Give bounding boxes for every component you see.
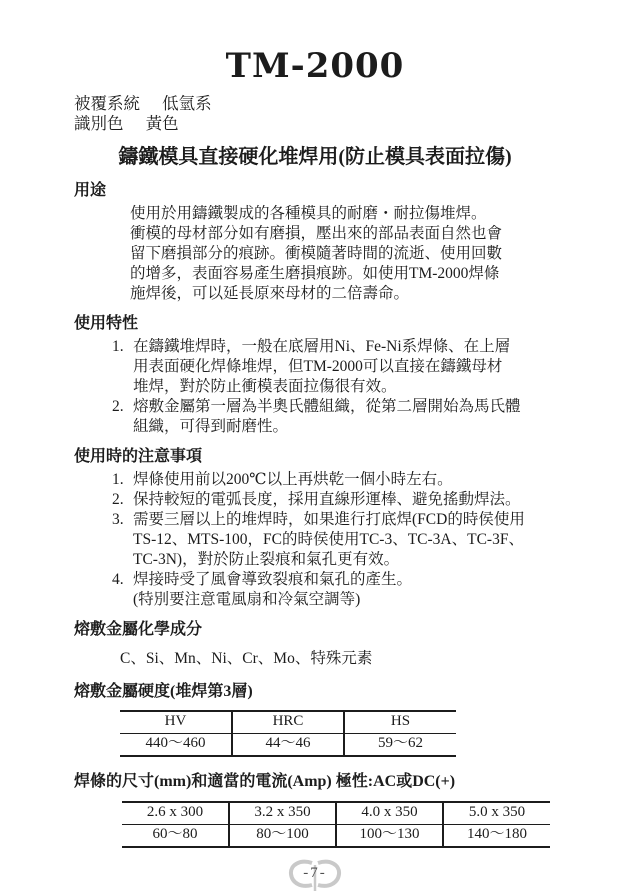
section-hardness-title: 熔敷金屬硬度(堆焊第3層) [74,682,630,702]
item-line: TC-3N)，對於防止裂痕和氣孔更有效。 [133,550,525,570]
section-composition-title: 熔敷金屬化學成分 [74,620,630,640]
item-line: TS-12、MTS-100，FC的時侯使用TC-3、TC-3A、TC-3F、 [133,530,525,550]
hardness-value-hrc: 44～46 [232,734,344,757]
item-line: 用表面硬化焊條堆焊，但TM-2000可以直接在鑄鐵母材 [133,357,510,377]
item-number: 3. [112,510,133,570]
page-number: -7- [303,865,327,882]
hardness-value-hs: 59～62 [344,734,456,757]
item-number: 1. [112,470,133,490]
usage-line: 留下磨損部分的痕跡。衝模隨著時間的流逝、使用回數 [130,244,630,264]
document-page: TM-2000 被覆系統 低氫系 識別色 黃色 鑄鐵模具直接硬化堆焊用(防止模具… [0,0,630,891]
item-lines: 熔敷金屬第一層為半奧氏體組織，從第二層開始為馬氏體 組織，可得到耐磨性。 [133,397,521,437]
section-notes-title: 使用時的注意事項 [74,447,630,467]
usage-line: 的增多，表面容易產生磨損痕跡。如使用TM-2000焊條 [130,264,630,284]
item-line: 焊接時受了風會導致裂痕和氣孔的產生。 [133,570,412,590]
electrode-table: 2.6 x 300 3.2 x 350 4.0 x 350 5.0 x 350 … [122,801,550,848]
electrode-current: 100～130 [336,825,443,848]
item-number: 2. [112,397,133,437]
usage-line: 使用於用鑄鐵製成的各種模具的耐磨・耐拉傷堆焊。 [130,204,630,224]
item-line: 需要三層以上的堆焊時，如果進行打底焊(FCD的時侯使用 [133,510,525,530]
electrode-size: 4.0 x 350 [336,802,443,825]
note-item: 1. 焊條使用前以200℃以上再烘乾一個小時左右。 [112,470,630,490]
electrode-size: 2.6 x 300 [122,802,229,825]
item-line: 組織，可得到耐磨性。 [133,417,521,437]
item-line: (特別要注意電風扇和冷氣空調等) [133,590,412,610]
item-lines: 焊接時受了風會導致裂痕和氣孔的產生。 (特別要注意電風扇和冷氣空調等) [133,570,412,610]
notes-list: 1. 焊條使用前以200℃以上再烘乾一個小時左右。 2. 保持較短的電弧長度，採… [0,470,630,610]
hardness-header-hv: HV [120,711,232,734]
composition-elements: C、Si、Mn、Ni、Cr、Mo、特殊元素 [120,649,630,669]
item-number: 2. [112,490,133,510]
item-lines: 需要三層以上的堆焊時，如果進行打底焊(FCD的時侯使用 TS-12、MTS-10… [133,510,525,570]
section-features-title: 使用特性 [74,314,630,334]
identify-color-label: 識別色 [74,114,124,133]
coating-system-value: 低氫系 [162,94,212,113]
hardness-value-hv: 440～460 [120,734,232,757]
coating-system-label: 被覆系統 [74,94,140,113]
feature-item: 2. 熔敷金屬第一層為半奧氏體組織，從第二層開始為馬氏體 組織，可得到耐磨性。 [112,397,630,437]
item-number: 4. [112,570,133,610]
section-electrode-title: 焊條的尺寸(mm)和適當的電流(Amp) 極性:AC或DC(+) [74,772,630,792]
hardness-header-row: HV HRC HS [120,711,456,734]
item-line: 堆焊，對於防止衝模表面拉傷很有效。 [133,377,510,397]
section-usage-title: 用途 [74,181,630,201]
electrode-current-row: 60～80 80～100 100～130 140～180 [122,825,550,848]
doc-heading: 鑄鐵模具直接硬化堆焊用(防止模具表面拉傷) [0,144,630,171]
item-line: 保持較短的電弧長度，採用直線形運棒、避免搖動焊法。 [133,490,521,510]
coating-system-row: 被覆系統 低氫系 [74,94,630,114]
page-footer: -7- [0,858,630,891]
identify-color-row: 識別色 黃色 [74,114,630,134]
hardness-header-hrc: HRC [232,711,344,734]
features-list: 1. 在鑄鐵堆焊時，一般在底層用Ni、Fe-Ni系焊條、在上層 用表面硬化焊條堆… [0,337,630,437]
item-line: 焊條使用前以200℃以上再烘乾一個小時左右。 [133,470,453,490]
note-item: 2. 保持較短的電弧長度，採用直線形運棒、避免搖動焊法。 [112,490,630,510]
electrode-size: 3.2 x 350 [229,802,336,825]
item-lines: 焊條使用前以200℃以上再烘乾一個小時左右。 [133,470,453,490]
product-meta: 被覆系統 低氫系 識別色 黃色 [74,94,630,134]
usage-line: 施焊後，可以延長原來母材的二倍壽命。 [130,284,630,304]
item-line: 在鑄鐵堆焊時，一般在底層用Ni、Fe-Ni系焊條、在上層 [133,337,510,357]
electrode-current: 80～100 [229,825,336,848]
electrode-current: 60～80 [122,825,229,848]
feature-item: 1. 在鑄鐵堆焊時，一般在底層用Ni、Fe-Ni系焊條、在上層 用表面硬化焊條堆… [112,337,630,397]
electrode-size: 5.0 x 350 [443,802,550,825]
electrode-size-row: 2.6 x 300 3.2 x 350 4.0 x 350 5.0 x 350 [122,802,550,825]
item-lines: 在鑄鐵堆焊時，一般在底層用Ni、Fe-Ni系焊條、在上層 用表面硬化焊條堆焊，但… [133,337,510,397]
identify-color-value: 黃色 [146,114,179,133]
hardness-table: HV HRC HS 440～460 44～46 59～62 [120,710,456,757]
note-item: 3. 需要三層以上的堆焊時，如果進行打底焊(FCD的時侯使用 TS-12、MTS… [112,510,630,570]
item-line: 熔敷金屬第一層為半奧氏體組織，從第二層開始為馬氏體 [133,397,521,417]
doc-title: TM-2000 [0,46,630,86]
item-lines: 保持較短的電弧長度，採用直線形運棒、避免搖動焊法。 [133,490,521,510]
item-number: 1. [112,337,133,397]
usage-paragraph: 使用於用鑄鐵製成的各種模具的耐磨・耐拉傷堆焊。 衝模的母材部分如有磨損，壓出來的… [130,204,630,304]
hardness-value-row: 440～460 44～46 59～62 [120,734,456,757]
note-item: 4. 焊接時受了風會導致裂痕和氣孔的產生。 (特別要注意電風扇和冷氣空調等) [112,570,630,610]
electrode-current: 140～180 [443,825,550,848]
usage-line: 衝模的母材部分如有磨損，壓出來的部品表面自然也會 [130,224,630,244]
hardness-header-hs: HS [344,711,456,734]
